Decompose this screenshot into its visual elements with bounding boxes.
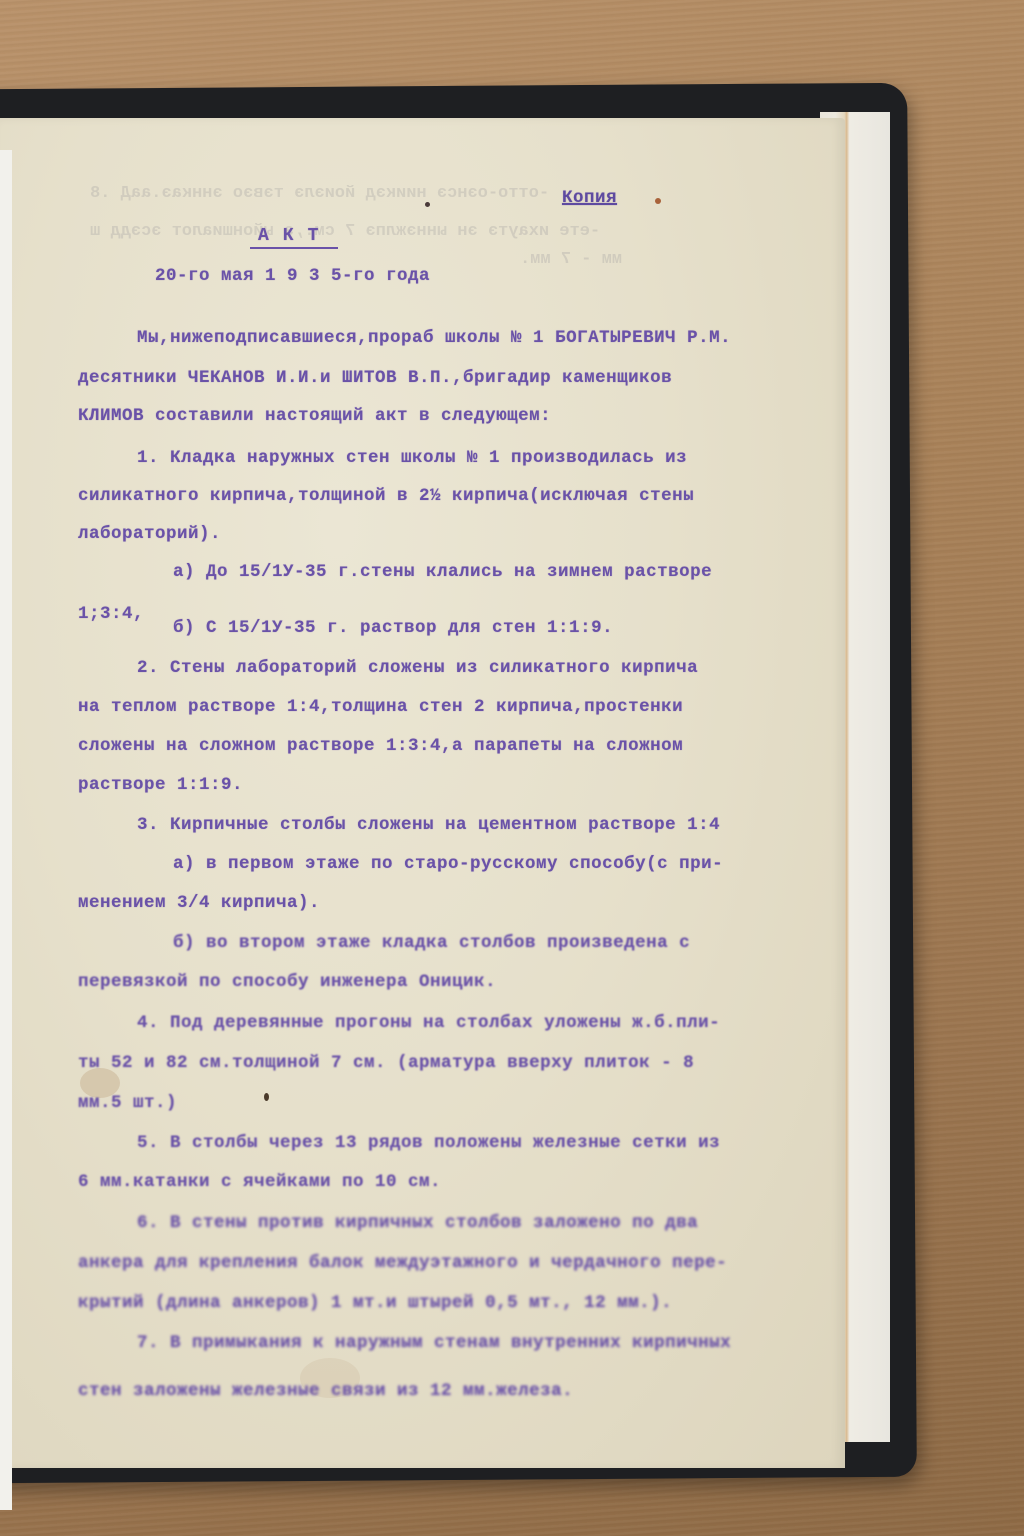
item-2-line: на теплом растворе 1:4,толщина стен 2 ки… [78, 697, 683, 717]
item-6-line: анкера для крепления балок междуэтажного… [78, 1253, 727, 1273]
intro-line: КЛИМОВ составили настоящий акт в следующ… [78, 406, 551, 426]
ink-speck [655, 198, 661, 204]
item-3: 3. Кирпичные столбы сложены на цементном… [137, 815, 720, 835]
bleed-through-line: -ете ихаутэ эн ыннэжлпэ 7 см.,э ыйоншиал… [90, 222, 600, 241]
item-7-line: 7. В примыкания к наружным стенам внутре… [137, 1333, 731, 1353]
ink-speck [264, 1093, 269, 1101]
bleed-through-line: -отто-оэнсэ ниикэд йоиэлэ тэвэо эннкаэ.а… [90, 184, 549, 203]
document-title: АКТ [250, 226, 338, 249]
item-1-line: силикатного кирпича,толщиной в 2½ кирпич… [78, 486, 694, 506]
item-1-line: 1. Кладка наружных стен школы № 1 произв… [137, 448, 687, 468]
item-4-line: ты 52 и 82 см.толщиной 7 см. (арматура в… [78, 1053, 694, 1073]
item-5-line: 6 мм.катанки с ячейками по 10 см. [78, 1172, 441, 1192]
item-2-line: растворе 1:1:9. [78, 775, 243, 795]
item-1a-cont: 1;3:4, [78, 604, 144, 624]
adjacent-page-edge [0, 150, 12, 1510]
item-7-line: стен заложены железные связи из 12 мм.же… [78, 1381, 573, 1401]
item-4-line: мм.5 шт.) [78, 1093, 177, 1113]
item-3b-line: б) во втором этаже кладка столбов произв… [173, 933, 690, 953]
item-1b: б) С 15/1У-35 г. раствор для стен 1:1:9. [173, 618, 613, 638]
document-date: 20-го мая 1 9 3 5-го года [155, 266, 430, 286]
item-6-line: крытий (длина анкеров) 1 мт.и штырей 0,5… [78, 1293, 672, 1313]
item-3b-line: перевязкой по способу инженера Оницик. [78, 972, 496, 992]
item-5-line: 5. В столбы через 13 рядов положены желе… [137, 1133, 720, 1153]
item-2-line: сложены на сложном растворе 1:3:4,а пара… [78, 736, 683, 756]
item-2-line: 2. Стены лабораторий сложены из силикатн… [137, 658, 698, 678]
item-3a-line: менением 3/4 кирпича). [78, 893, 320, 913]
item-1a: а) До 15/1У-35 г.стены клались на зимнем… [173, 562, 712, 582]
item-4-line: 4. Под деревянные прогоны на столбах уло… [137, 1013, 720, 1033]
item-3a-line: а) в первом этаже по старо-русскому спос… [173, 854, 723, 874]
copy-label: Копия [562, 188, 617, 208]
item-1-line: лабораторий). [78, 524, 221, 544]
bleed-through-line: мм - 7 мм. [520, 250, 622, 269]
intro-line: десятники ЧЕКАНОВ И.И.и ШИТОВ В.П.,брига… [78, 368, 672, 388]
item-6-line: 6. В стены против кирпичных столбов зало… [137, 1213, 698, 1233]
intro-line: Мы,нижеподписавшиеся,прораб школы № 1 БО… [137, 328, 731, 348]
